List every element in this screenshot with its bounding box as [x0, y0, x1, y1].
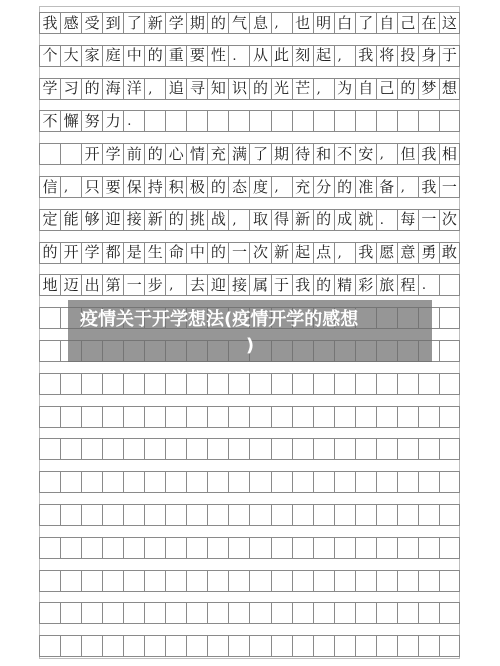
grid-cell: 学	[102, 144, 123, 164]
grid-cell	[249, 374, 270, 394]
grid-cell	[207, 603, 228, 623]
grid-cell	[60, 636, 81, 656]
grid-cell	[165, 505, 186, 525]
grid-cell	[228, 374, 249, 394]
grid-cell	[271, 538, 292, 558]
grid-cell: 情	[186, 144, 207, 164]
grid-cell	[228, 636, 249, 656]
grid-cell: 性	[207, 46, 228, 66]
grid-cell	[439, 571, 460, 591]
grid-cell: 这	[439, 13, 460, 33]
grid-cell: 芒	[292, 79, 313, 99]
grid-cell	[355, 538, 376, 558]
grid-cell	[439, 111, 460, 131]
grid-cell: 家	[81, 46, 102, 66]
grid-cell	[376, 538, 397, 558]
grid-cell: 彩	[355, 275, 376, 295]
grid-cell	[418, 407, 439, 427]
grid-cell	[102, 374, 123, 394]
grid-cell: 一	[418, 210, 439, 230]
grid-cell: 寻	[186, 79, 207, 99]
grid-cell	[186, 571, 207, 591]
grid-cell	[271, 636, 292, 656]
grid-cell: 迈	[60, 275, 81, 295]
grid-cell	[397, 505, 418, 525]
grid-cell	[334, 472, 355, 492]
grid-cell: 的	[313, 275, 334, 295]
grid-cell: 的	[165, 210, 186, 230]
grid-row	[39, 438, 460, 460]
grid-cell: 迎	[207, 275, 228, 295]
grid-cell	[165, 571, 186, 591]
grid-cell: 的	[207, 13, 228, 33]
grid-cell: 气	[228, 13, 249, 33]
grid-cell	[144, 505, 165, 525]
grid-cell: 白	[334, 13, 355, 33]
grid-cell: 心	[165, 144, 186, 164]
grid-cell: 能	[60, 210, 81, 230]
grid-cell	[102, 636, 123, 656]
grid-cell: 够	[81, 210, 102, 230]
grid-cell	[165, 538, 186, 558]
grid-cell: ,	[334, 46, 355, 66]
grid-cell	[123, 439, 144, 459]
grid-cell: 备	[376, 177, 397, 197]
grid-cell	[439, 275, 460, 295]
grid-cell	[39, 538, 60, 558]
grid-cell	[334, 439, 355, 459]
grid-cell	[418, 603, 439, 623]
grid-cell	[186, 407, 207, 427]
grid-cell: ,	[313, 79, 334, 99]
grid-cell	[81, 603, 102, 623]
grid-cell	[313, 439, 334, 459]
grid-cell	[397, 571, 418, 591]
grid-cell: 我	[418, 144, 439, 164]
grid-cell	[355, 472, 376, 492]
grid-cell: 相	[439, 144, 460, 164]
grid-cell: 要	[186, 46, 207, 66]
grid-cell	[271, 407, 292, 427]
grid-cell: 中	[123, 46, 144, 66]
grid-cell: 敢	[439, 243, 460, 263]
grid-cell	[81, 571, 102, 591]
grid-cell	[207, 374, 228, 394]
grid-cell	[313, 407, 334, 427]
grid-cell	[207, 505, 228, 525]
grid-cell	[313, 505, 334, 525]
grid-cell	[102, 603, 123, 623]
grid-cell	[418, 374, 439, 394]
grid-cell: .	[228, 46, 249, 66]
grid-cell: 充	[207, 144, 228, 164]
grid-cell	[207, 636, 228, 656]
grid-cell: 起	[313, 46, 334, 66]
grid-cell: 在	[418, 13, 439, 33]
grid-cell	[60, 144, 81, 164]
grid-cell	[102, 505, 123, 525]
grid-cell: 定	[39, 210, 60, 230]
grid-cell: 态	[228, 177, 249, 197]
grid-cell: 准	[355, 177, 376, 197]
grid-cell: 大	[60, 46, 81, 66]
grid-cell: 待	[292, 144, 313, 164]
grid-row: 定能够迎接新的挑战,取得新的成就.每一次	[39, 209, 460, 231]
grid-cell: 到	[102, 13, 123, 33]
grid-cell: 投	[397, 46, 418, 66]
grid-cell	[144, 439, 165, 459]
grid-row: 信,只要保持积极的态度,充分的准备,我一	[39, 176, 460, 198]
grid-cell	[102, 439, 123, 459]
grid-cell	[39, 505, 60, 525]
grid-cell: ,	[144, 79, 165, 99]
grid-row: 不懈努力.	[39, 110, 460, 132]
grid-cell	[418, 571, 439, 591]
grid-cell: 是	[123, 243, 144, 263]
grid-cell: 但	[397, 144, 418, 164]
grid-cell: ,	[60, 177, 81, 197]
grid-cell	[397, 374, 418, 394]
article-title: 疫情关于开学想法(疫情开学的感想 )	[80, 307, 430, 359]
grid-cell	[418, 472, 439, 492]
grid-cell: 了	[123, 13, 144, 33]
grid-cell	[418, 636, 439, 656]
grid-cell: 受	[81, 13, 102, 33]
grid-cell	[376, 603, 397, 623]
grid-cell: 开	[60, 243, 81, 263]
grid-cell: 洋	[123, 79, 144, 99]
grid-cell	[292, 407, 313, 427]
grid-cell	[39, 341, 60, 361]
grid-cell: 不	[334, 144, 355, 164]
grid-cell	[418, 538, 439, 558]
grid-cell: 都	[102, 243, 123, 263]
grid-cell: 取	[249, 210, 270, 230]
grid-cell	[334, 505, 355, 525]
grid-cell: 从	[249, 46, 270, 66]
grid-cell: 息	[249, 13, 270, 33]
grid-cell	[60, 505, 81, 525]
grid-cell	[249, 636, 270, 656]
grid-cell: 了	[355, 13, 376, 33]
grid-cell	[186, 472, 207, 492]
grid-cell	[292, 571, 313, 591]
grid-cell	[418, 505, 439, 525]
grid-cell: 前	[123, 144, 144, 164]
grid-cell	[292, 538, 313, 558]
grid-cell: .	[418, 275, 439, 295]
grid-cell: 庭	[102, 46, 123, 66]
grid-cell	[292, 636, 313, 656]
grid-cell	[439, 374, 460, 394]
grid-cell	[165, 472, 186, 492]
grid-cell	[186, 603, 207, 623]
grid-cell	[397, 603, 418, 623]
grid-cell: 只	[81, 177, 102, 197]
grid-cell	[376, 407, 397, 427]
grid-cell	[271, 472, 292, 492]
grid-cell: 感	[60, 13, 81, 33]
grid-cell	[165, 111, 186, 131]
grid-cell: 次	[249, 243, 270, 263]
grid-cell	[39, 636, 60, 656]
grid-cell	[376, 472, 397, 492]
grid-cell	[271, 374, 292, 394]
grid-cell	[334, 571, 355, 591]
grid-cell	[355, 603, 376, 623]
grid-cell	[292, 472, 313, 492]
grid-cell: 学	[39, 79, 60, 99]
grid-cell	[439, 341, 460, 361]
grid-cell: 为	[334, 79, 355, 99]
grid-cell: 海	[102, 79, 123, 99]
grid-cell	[60, 538, 81, 558]
grid-cell	[228, 538, 249, 558]
grid-cell	[207, 538, 228, 558]
grid-cell	[249, 472, 270, 492]
grid-cell: 精	[334, 275, 355, 295]
grid-cell: 我	[418, 177, 439, 197]
grid-cell	[123, 538, 144, 558]
grid-cell: 明	[313, 13, 334, 33]
grid-cell: 愿	[376, 243, 397, 263]
grid-cell: 挑	[186, 210, 207, 230]
grid-cell	[102, 571, 123, 591]
grid-cell	[376, 571, 397, 591]
grid-cell	[355, 374, 376, 394]
grid-row	[39, 635, 460, 657]
grid-cell: 懈	[60, 111, 81, 131]
grid-cell	[165, 636, 186, 656]
grid-cell: 个	[39, 46, 60, 66]
grid-cell: 新	[144, 210, 165, 230]
grid-cell	[271, 603, 292, 623]
grid-cell	[81, 636, 102, 656]
grid-cell	[355, 636, 376, 656]
grid-cell: ,	[271, 177, 292, 197]
grid-cell	[102, 472, 123, 492]
grid-cell	[228, 603, 249, 623]
grid-cell	[144, 603, 165, 623]
title-line-2: )	[80, 333, 430, 359]
grid-cell	[207, 472, 228, 492]
grid-cell: 此	[271, 46, 292, 66]
grid-cell	[186, 505, 207, 525]
grid-cell	[397, 538, 418, 558]
grid-cell: 持	[144, 177, 165, 197]
grid-cell: 期	[186, 13, 207, 33]
grid-cell: 于	[271, 275, 292, 295]
grid-cell	[249, 571, 270, 591]
grid-cell: .	[376, 210, 397, 230]
grid-cell	[81, 505, 102, 525]
grid-cell: 的	[81, 79, 102, 99]
grid-cell	[165, 603, 186, 623]
grid-cell: 战	[207, 210, 228, 230]
grid-cell: 地	[39, 275, 60, 295]
grid-cell	[81, 407, 102, 427]
grid-cell	[144, 571, 165, 591]
grid-cell	[207, 439, 228, 459]
grid-cell	[186, 636, 207, 656]
grid-cell	[292, 439, 313, 459]
grid-cell: 一	[439, 177, 460, 197]
grid-cell	[334, 603, 355, 623]
grid-cell	[123, 472, 144, 492]
grid-cell: 的	[207, 243, 228, 263]
grid-cell	[355, 571, 376, 591]
grid-cell	[144, 111, 165, 131]
grid-cell	[313, 603, 334, 623]
grid-cell	[165, 439, 186, 459]
grid-cell	[355, 439, 376, 459]
grid-cell: 命	[165, 243, 186, 263]
grid-cell: 点	[313, 243, 334, 263]
grid-cell: 就	[355, 210, 376, 230]
grid-cell: 的	[39, 243, 60, 263]
grid-cell: 学	[165, 13, 186, 33]
grid-row	[39, 537, 460, 559]
grid-cell: 的	[249, 79, 270, 99]
grid-cell	[334, 407, 355, 427]
grid-cell	[397, 111, 418, 131]
grid-cell: 的	[313, 210, 334, 230]
grid-cell	[439, 636, 460, 656]
grid-cell	[228, 407, 249, 427]
grid-cell	[292, 111, 313, 131]
grid-cell: ,	[271, 13, 292, 33]
grid-cell	[186, 374, 207, 394]
grid-cell: 新	[144, 13, 165, 33]
grid-cell	[418, 111, 439, 131]
grid-cell: 不	[39, 111, 60, 131]
grid-cell: 步	[144, 275, 165, 295]
grid-cell	[186, 439, 207, 459]
grid-cell	[271, 571, 292, 591]
grid-cell	[397, 472, 418, 492]
grid-cell: 中	[186, 243, 207, 263]
grid-cell	[439, 505, 460, 525]
grid-cell	[60, 439, 81, 459]
grid-row	[39, 406, 460, 428]
grid-cell: 梦	[418, 79, 439, 99]
grid-cell: 要	[102, 177, 123, 197]
grid-cell: 我	[355, 46, 376, 66]
grid-cell	[334, 111, 355, 131]
grid-cell: 积	[165, 177, 186, 197]
grid-cell	[123, 407, 144, 427]
grid-row	[39, 373, 460, 395]
grid-cell	[81, 538, 102, 558]
grid-cell	[123, 571, 144, 591]
grid-cell: ,	[376, 144, 397, 164]
grid-cell	[144, 407, 165, 427]
grid-cell	[313, 538, 334, 558]
grid-cell: 习	[60, 79, 81, 99]
grid-cell: 知	[207, 79, 228, 99]
grid-cell	[144, 472, 165, 492]
grid-cell	[39, 603, 60, 623]
grid-cell	[228, 571, 249, 591]
grid-cell	[397, 407, 418, 427]
grid-cell: 分	[313, 177, 334, 197]
grid-cell: 重	[165, 46, 186, 66]
grid-cell: 属	[249, 275, 270, 295]
grid-cell	[39, 308, 60, 328]
grid-cell: 起	[292, 243, 313, 263]
grid-cell	[313, 636, 334, 656]
grid-cell: 旅	[376, 275, 397, 295]
grid-cell: 成	[334, 210, 355, 230]
grid-cell: 安	[355, 144, 376, 164]
grid-cell	[165, 374, 186, 394]
grid-cell: 和	[313, 144, 334, 164]
grid-cell	[39, 472, 60, 492]
grid-cell	[355, 111, 376, 131]
grid-cell: 的	[207, 177, 228, 197]
grid-cell	[123, 505, 144, 525]
grid-cell	[228, 505, 249, 525]
grid-cell: 于	[439, 46, 460, 66]
grid-cell	[439, 538, 460, 558]
grid-cell	[39, 407, 60, 427]
grid-cell: .	[123, 111, 144, 131]
grid-cell	[249, 439, 270, 459]
grid-cell	[439, 472, 460, 492]
grid-cell: 学	[81, 243, 102, 263]
grid-cell	[313, 472, 334, 492]
grid-row	[39, 504, 460, 526]
grid-cell: 迎	[102, 210, 123, 230]
grid-cell	[334, 374, 355, 394]
grid-cell: ,	[397, 177, 418, 197]
grid-cell	[60, 571, 81, 591]
grid-cell: 得	[271, 210, 292, 230]
grid-cell: 追	[165, 79, 186, 99]
grid-cell	[292, 374, 313, 394]
grid-cell: 我	[355, 243, 376, 263]
grid-cell	[292, 505, 313, 525]
grid-cell	[271, 505, 292, 525]
grid-cell	[102, 407, 123, 427]
grid-cell	[376, 636, 397, 656]
grid-cell: 力	[102, 111, 123, 131]
grid-cell	[418, 439, 439, 459]
grid-cell	[313, 374, 334, 394]
grid-cell	[313, 111, 334, 131]
grid-cell: 了	[249, 144, 270, 164]
grid-cell: 刻	[292, 46, 313, 66]
grid-cell	[207, 111, 228, 131]
grid-row: 地迈出第一步,去迎接属于我的精彩旅程.	[39, 274, 460, 296]
grid-row	[39, 602, 460, 624]
grid-cell: 一	[228, 243, 249, 263]
grid-cell: 去	[186, 275, 207, 295]
grid-row: 的开学都是生命中的一次新起点,我愿意勇敢	[39, 242, 460, 264]
grid-cell	[376, 111, 397, 131]
grid-cell	[39, 439, 60, 459]
grid-cell	[397, 439, 418, 459]
grid-cell: 的	[334, 177, 355, 197]
grid-row: 个大家庭中的重要性.从此刻起,我将投身于	[39, 45, 460, 67]
grid-cell: 己	[397, 13, 418, 33]
grid-cell: 接	[123, 210, 144, 230]
grid-cell: 期	[271, 144, 292, 164]
grid-cell: 接	[228, 275, 249, 295]
grid-cell	[249, 603, 270, 623]
grid-cell	[249, 505, 270, 525]
grid-cell: ,	[165, 275, 186, 295]
